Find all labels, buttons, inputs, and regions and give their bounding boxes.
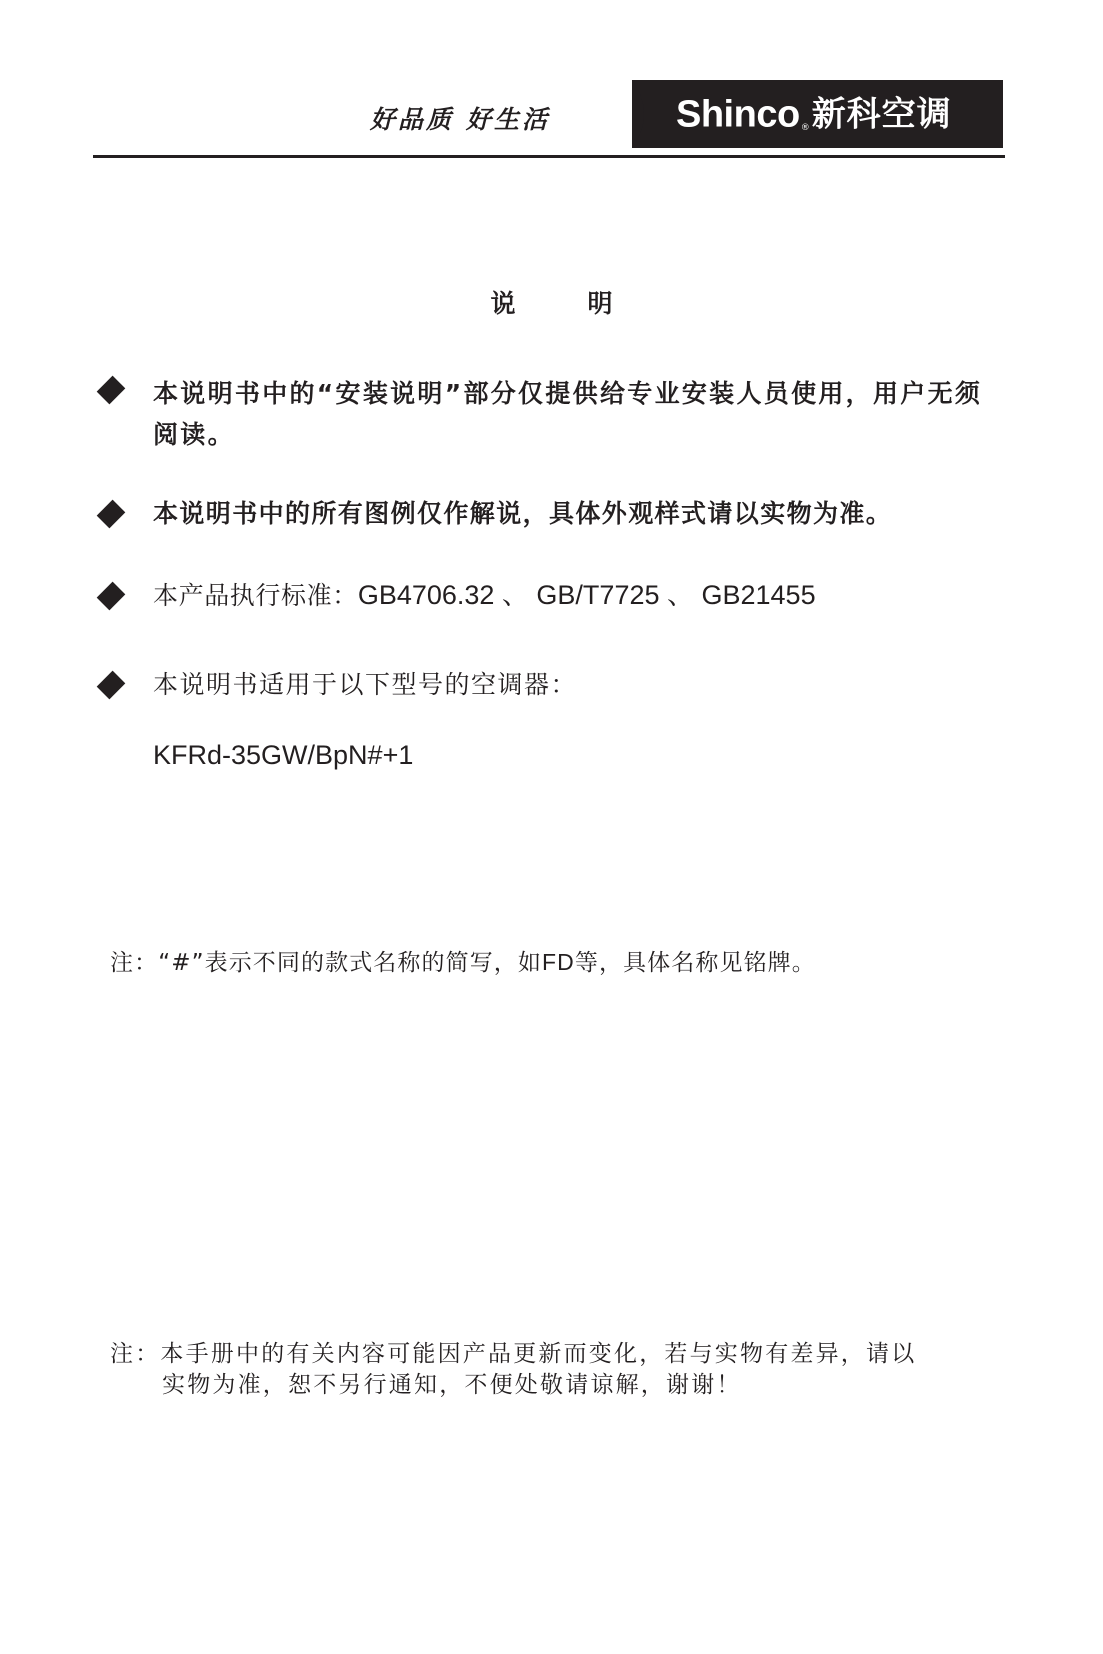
brand-banner: Shinco®新科空调: [632, 80, 1003, 148]
note-text: 注：“#”表示不同的款式名称的简写，如: [110, 950, 542, 976]
slogan: 好品质好生活: [370, 100, 550, 140]
page-title: 说明: [0, 288, 1103, 320]
diamond-bullet-icon: [97, 671, 126, 700]
standards-label: 本产品执行标准：: [153, 581, 358, 610]
diamond-bullet-icon: [97, 500, 126, 529]
title-char-1: 说: [490, 288, 515, 320]
banner-curve-shape: [612, 80, 656, 148]
note-text: 等，具体名称见铭牌。: [575, 950, 816, 976]
slogan-part2: 好生活: [466, 105, 550, 134]
bullet-item-standards: 本产品执行标准：GB4706.32 、 GB/T7725 、 GB21455: [153, 578, 816, 613]
standards-list: GB4706.32 、 GB/T7725 、 GB21455: [358, 580, 816, 610]
model-number: KFRd-35GW/BpN#+1: [153, 738, 413, 772]
note-code: FD: [542, 949, 575, 975]
slogan-part1: 好品质: [370, 105, 454, 134]
bullet-item-install-notice: 本说明书中的“安装说明”部分仅提供给专业安装人员使用，用户无须 阅读。: [153, 373, 982, 455]
brand-name-cn: 新科空调: [812, 95, 952, 135]
bullet-item-illustration-notice: 本说明书中的所有图例仅作解说，具体外观样式请以实物为准。: [153, 497, 892, 531]
note-line: 实物为准，恕不另行通知，不便处敬请谅解，谢谢！: [110, 1370, 916, 1401]
diamond-bullet-icon: [97, 582, 126, 611]
note-line: 注：本手册中的有关内容可能因产品更新而变化，若与实物有差异，请以: [110, 1341, 916, 1367]
title-char-2: 明: [588, 288, 613, 320]
bullet-line: 阅读。: [153, 414, 982, 455]
brand-name-en: Shinco: [676, 94, 800, 136]
diamond-bullet-icon: [97, 376, 126, 405]
note-content-change-disclaimer: 注：本手册中的有关内容可能因产品更新而变化，若与实物有差异，请以 实物为准，恕不…: [110, 1339, 916, 1401]
header-divider: [93, 155, 1005, 158]
note-model-abbreviation: 注：“#”表示不同的款式名称的简写，如FD等，具体名称见铭牌。: [110, 946, 816, 979]
brand-logo: Shinco®新科空调: [676, 80, 952, 148]
registered-mark-icon: ®: [801, 94, 810, 162]
bullet-line: 本说明书中的“安装说明”部分仅提供给专业安装人员使用，用户无须: [153, 379, 982, 408]
bullet-item-applicable-models: 本说明书适用于以下型号的空调器：: [153, 668, 577, 702]
